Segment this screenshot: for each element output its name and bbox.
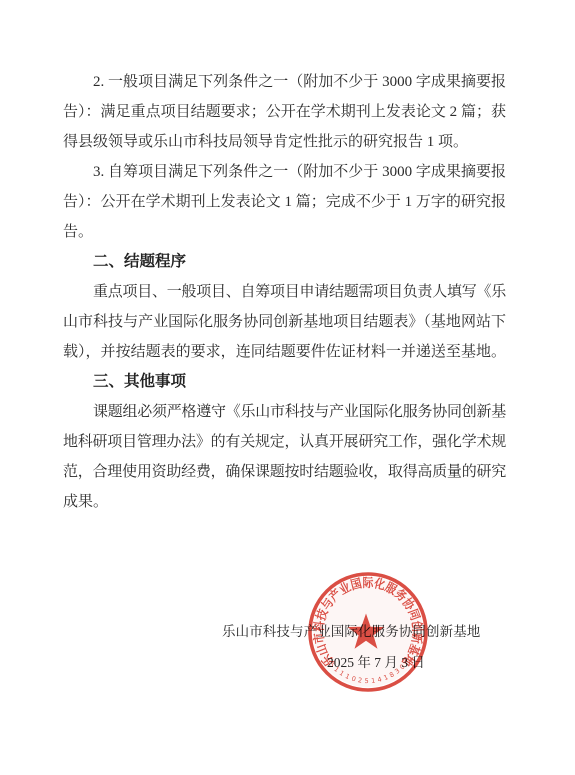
document-line: 山市科技与产业国际化服务协同创新基地项目结题表》（基地网站下 xyxy=(63,307,506,337)
document-page: 2. 一般项目满足下列条件之一（附加不少于 3000 字成果摘要报 告）：满足重… xyxy=(0,0,575,775)
document-line: 范，合理使用资助经费，确保课题按时结题验收，取得高质量的研究 xyxy=(63,457,506,487)
document-line: 重点项目、一般项目、自筹项目申请结题需项目负责人填写《乐 xyxy=(63,277,506,307)
section-heading: 二、结题程序 xyxy=(63,247,506,277)
document-line: 3. 自筹项目满足下列条件之一（附加不少于 3000 字成果摘要报 xyxy=(63,157,506,187)
document-line: 告。 xyxy=(63,217,506,247)
section-heading: 三、其他事项 xyxy=(63,367,506,397)
document-line: 载），并按结题表的要求，连同结题要件佐证材料一并递送至基地。 xyxy=(63,337,506,367)
document-line: 告）：公开在学术期刊上发表论文 1 篇；完成不少于 1 万字的研究报 xyxy=(63,187,506,217)
document-body: 2. 一般项目满足下列条件之一（附加不少于 3000 字成果摘要报 告）：满足重… xyxy=(63,67,506,517)
document-line: 得县级领导或乐山市科技局领导肯定性批示的研究报告 1 项。 xyxy=(63,127,506,157)
document-line: 地科研项目管理办法》的有关规定，认真开展研究工作，强化学术规 xyxy=(63,427,506,457)
document-line: 成果。 xyxy=(63,487,506,517)
document-line: 2. 一般项目满足下列条件之一（附加不少于 3000 字成果摘要报 xyxy=(63,67,506,97)
document-line: 课题组必须严格遵守《乐山市科技与产业国际化服务协同创新基 xyxy=(63,397,506,427)
official-seal-stamp: 乐山市科技与产业国际化服务协同创新基地 5111025141830 xyxy=(293,557,443,707)
document-line: 告）：满足重点项目结题要求；公开在学术期刊上发表论文 2 篇；获 xyxy=(63,97,506,127)
